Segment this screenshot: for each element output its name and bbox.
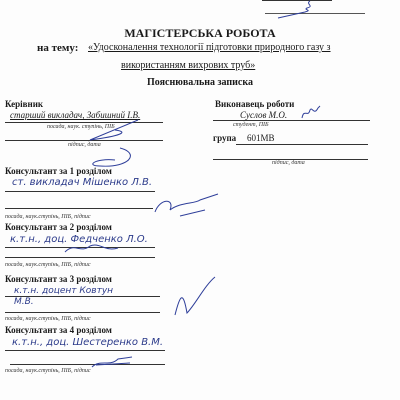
top-signature-icon <box>275 0 315 20</box>
consultant-3-line-2 <box>5 312 160 313</box>
consultant-4-heading: Консультант за 4 розділом <box>5 325 112 335</box>
performer-caption-2: підпис, дата <box>272 160 305 166</box>
consultant-2-heading: Консультант за 2 розділом <box>5 222 112 232</box>
consultant-3-line-1 <box>5 296 160 297</box>
topic-line-2: використанням вихрових труб» <box>121 60 255 71</box>
performer-caption-1: студент, ПІБ <box>233 122 269 128</box>
topic-line-1: «Удосконалення технології підготовки при… <box>88 42 331 53</box>
consultant-4-line-2 <box>10 364 165 365</box>
subtitle: Пояснювальна записка <box>0 77 400 88</box>
consultant-1-signature-icon <box>150 190 220 220</box>
consultant-1-handwritten: ст. викладач Мішенко Л.В. <box>12 177 152 188</box>
performer-signature-icon <box>300 104 322 120</box>
performer-heading: Виконавець роботи <box>215 99 294 109</box>
consultant-3-caption: посада, наук.ступінь, ПІБ, підпис <box>5 316 91 322</box>
consultant-1-line-2 <box>5 208 153 209</box>
consultant-3-signature-icon <box>165 275 220 320</box>
consultant-3-handwritten: к.т.н. доцент Ковтун М.В. <box>14 286 134 308</box>
consultant-2-line-2 <box>5 257 155 258</box>
consultant-4-signature-icon <box>90 355 135 369</box>
consultant-4-line-1 <box>5 350 165 351</box>
consultant-1-heading: Консультант за 1 розділом <box>5 166 112 176</box>
consultant-4-caption: посада, наук.ступінь, ПІБ, підпис <box>5 368 91 374</box>
page-title: МАГІСТЕРСЬКА РОБОТА <box>0 26 400 41</box>
consultant-1-line-1 <box>5 191 155 192</box>
consultant-1-caption: посада, наук.ступінь, ПІБ, підпис <box>5 214 91 220</box>
consultant-2-caption: посада, наук.ступінь, ПІБ, підпис <box>5 262 91 268</box>
supervisor-heading: Керівник <box>5 99 43 109</box>
supervisor-signature-icon <box>70 118 140 173</box>
consultant-2-signature-icon <box>60 242 120 256</box>
consultant-3-heading: Консультант за 3 розділом <box>5 274 112 284</box>
group-line <box>236 144 368 145</box>
performer-value: Суслов М.О. <box>240 110 287 120</box>
group-label: група <box>213 133 236 143</box>
performer-value-line <box>213 120 370 121</box>
consultant-4-handwritten: к.т.н., доц. Шестеренко В.М. <box>12 337 163 348</box>
topic-label: на тему: <box>37 42 78 54</box>
group-value: 601МВ <box>247 133 275 143</box>
